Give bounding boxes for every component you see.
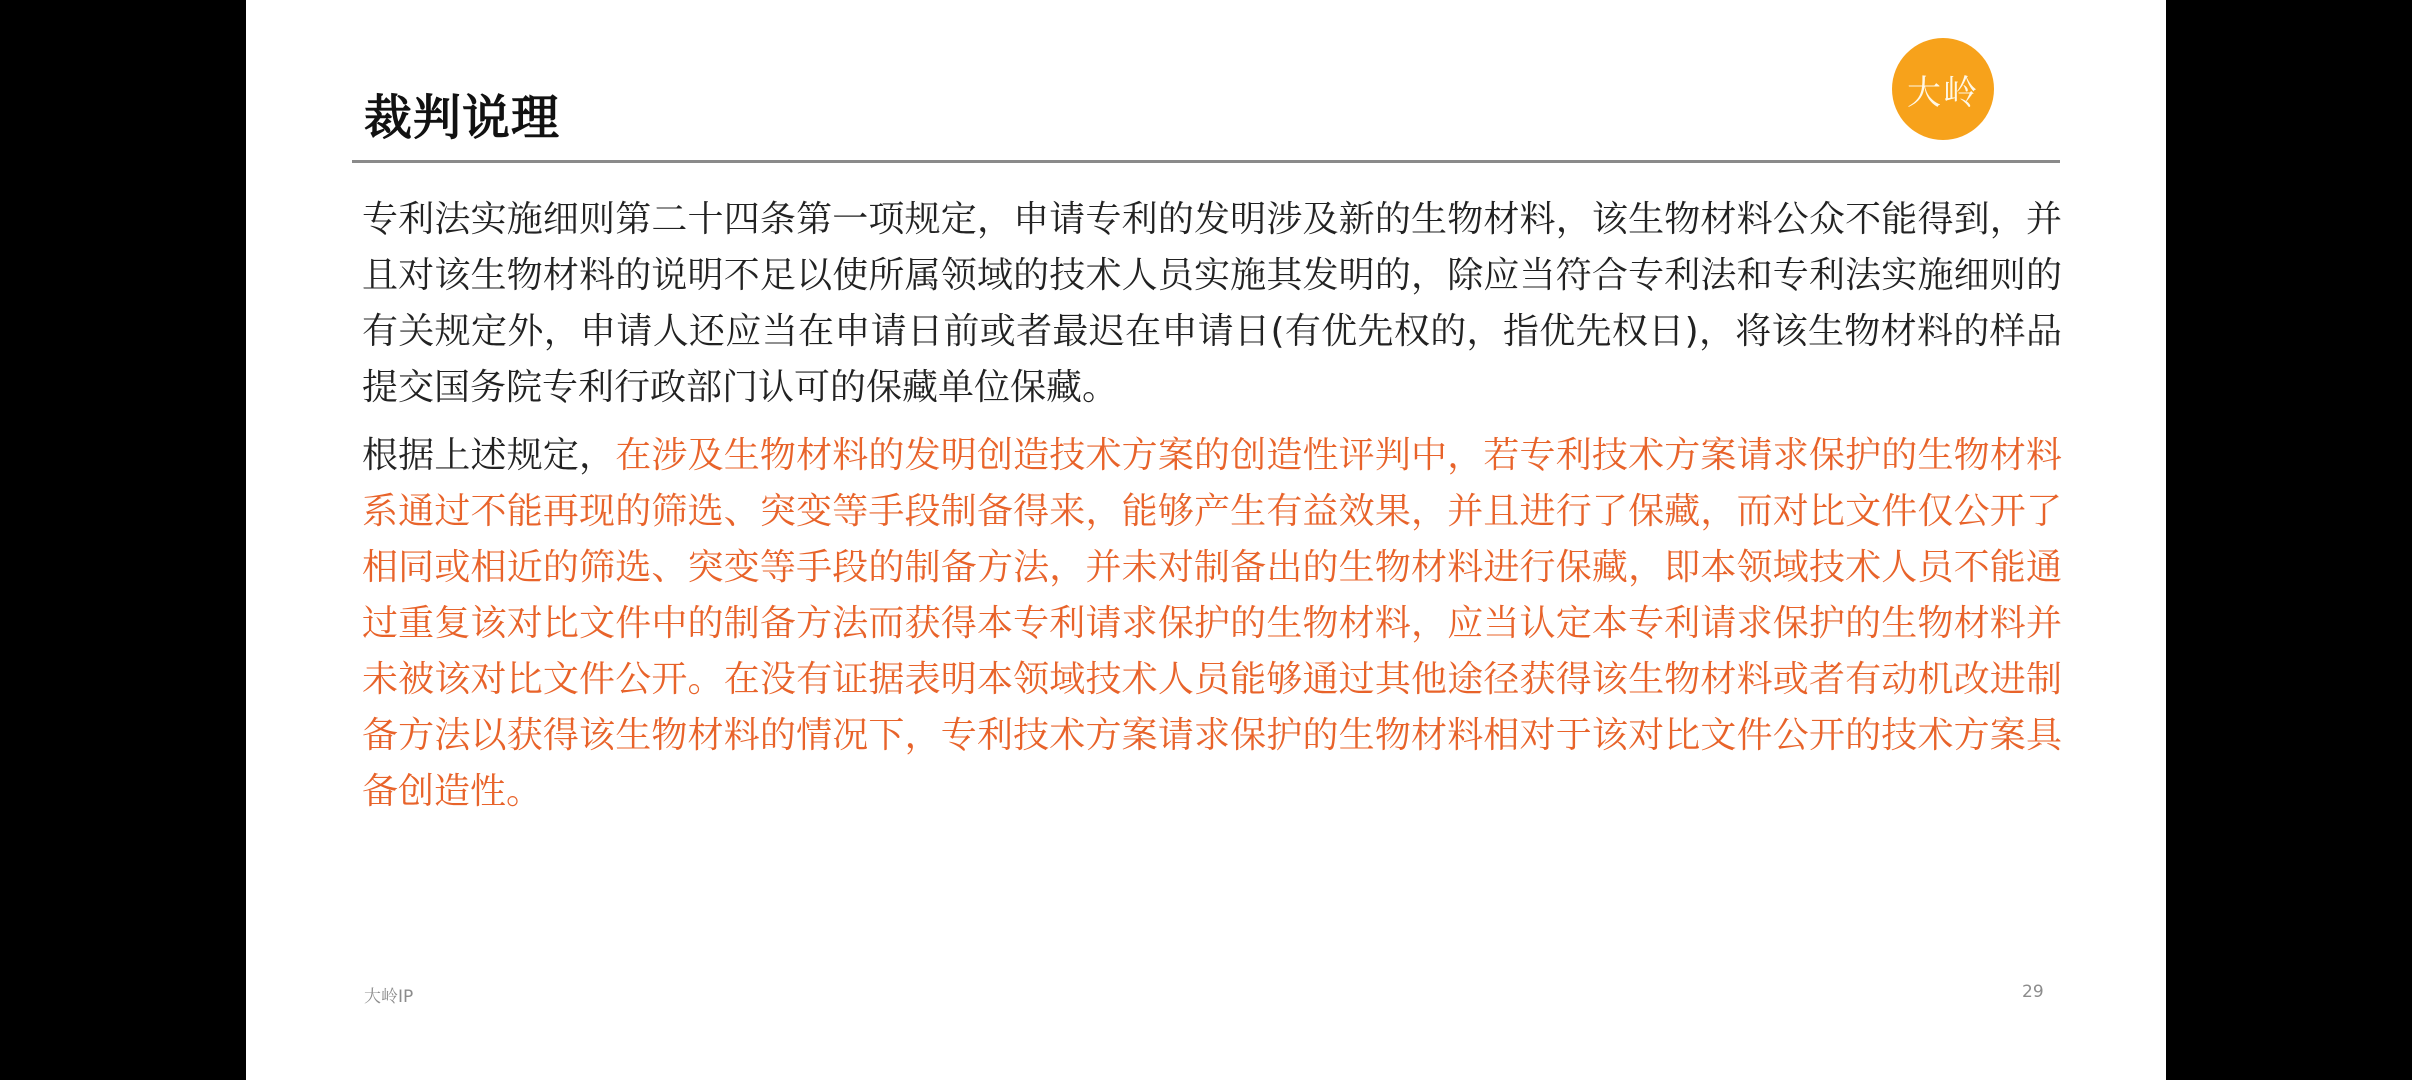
title-divider: [352, 160, 2060, 163]
logo-text: 大岭: [1907, 65, 1979, 114]
page-number: 29: [2022, 982, 2044, 1002]
highlighted-conclusion-text: 在涉及生物材料的发明创造技术方案的创造性评判中，若专利技术方案请求保护的生物材料…: [362, 435, 2062, 812]
paragraph-text: 专利法实施细则第二十四条第一项规定，申请专利的发明涉及新的生物材料，该生物材料公…: [362, 199, 2062, 408]
paragraph-lead-text: 根据上述规定，: [362, 435, 615, 476]
slide-body: 专利法实施细则第二十四条第一项规定，申请专利的发明涉及新的生物材料，该生物材料公…: [362, 192, 2062, 832]
slide-title: 裁判说理: [364, 88, 560, 148]
slide: 裁判说理 大岭 专利法实施细则第二十四条第一项规定，申请专利的发明涉及新的生物材…: [246, 0, 2166, 1080]
footer-brand: 大岭IP: [364, 982, 413, 1007]
paragraph-regulation: 专利法实施细则第二十四条第一项规定，申请专利的发明涉及新的生物材料，该生物材料公…: [362, 192, 2062, 416]
presentation-viewer: 裁判说理 大岭 专利法实施细则第二十四条第一项规定，申请专利的发明涉及新的生物材…: [0, 0, 2412, 1080]
paragraph-reasoning: 根据上述规定，在涉及生物材料的发明创造技术方案的创造性评判中，若专利技术方案请求…: [362, 428, 2062, 820]
brand-logo-icon: 大岭: [1892, 38, 1994, 140]
